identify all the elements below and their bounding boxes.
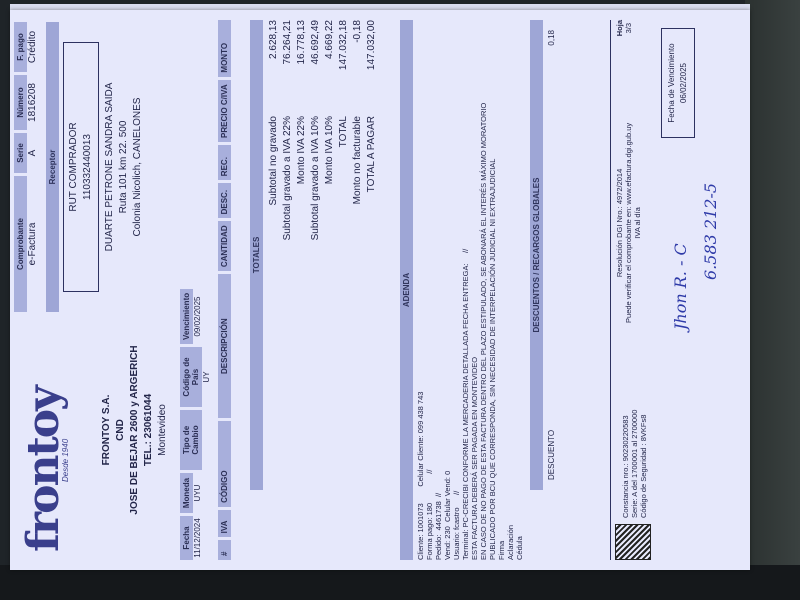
resolucion: Resolución DGI Nro.: 4972/2014 <box>615 42 624 403</box>
info-value: UYU <box>193 473 202 513</box>
constancia: Constancia nro.: 90230220583 <box>621 410 630 518</box>
col-header: REC. <box>218 145 231 180</box>
col-header: DESCRIPCIÓN <box>218 274 231 418</box>
totales-row-label: Monto IVA 10% <box>323 100 337 296</box>
totales-row-label: TOTAL A PAGAR <box>365 100 379 296</box>
emisor-name: FRONTOY S.A. <box>100 330 114 530</box>
totales-row-value: 147.032,00 <box>365 20 379 100</box>
rut-box: RUT COMPRADOR 110332440013 <box>63 42 99 292</box>
totales-row-value: 46.692,49 <box>309 20 323 100</box>
fpago-label: F. pago <box>14 22 27 72</box>
totales-row: Monto IVA 22%16.778,13 <box>295 20 309 490</box>
emisor-address: JOSE DE BEJAR 2600 y ARGERICH <box>128 330 142 530</box>
comprobante-block: Comprobante e-Factura Serie A Número 181… <box>14 22 145 312</box>
totales-label: TOTALES <box>250 20 263 490</box>
background-floor <box>0 565 800 600</box>
info-header: Vencimiento <box>180 289 193 344</box>
totales-row-value: 16.778,13 <box>295 20 309 100</box>
totales-row-value: 2.628,13 <box>267 20 281 100</box>
background-fabric <box>745 0 800 600</box>
brand-logo: frontoy Desde 1940 <box>18 387 70 552</box>
totales-row-label: Monto no facturable <box>351 100 365 296</box>
col-header: IVA <box>218 510 231 537</box>
totales-row-value: 76.264,21 <box>281 20 295 100</box>
receptor-city: Colonia Nicolich, CANELONES <box>131 22 145 312</box>
info-header: Código de País <box>180 347 202 407</box>
totales-row-value: 147.032,18 <box>337 20 351 100</box>
info-header: Fecha <box>180 516 193 560</box>
descuentos-section: DESCUENTOS / RECARGOS GLOBALES DESCUENTO… <box>530 20 560 490</box>
verificar-link: Puede verificar el comprobante en: www.e… <box>624 42 633 403</box>
hoja-value: 3/3 <box>624 20 633 36</box>
handwritten-note: 6.583 212-5 <box>701 183 720 280</box>
info-table: Fecha11/12/2024 MonedaUYU Tipo de Cambio… <box>180 289 211 560</box>
receptor-address: Ruta 101 km 22. 500 <box>117 22 131 312</box>
adenda-line: Aclaración <box>506 20 515 560</box>
rut-value: 110332440013 <box>81 46 95 288</box>
emisor-phone: TEL.: 23061044 <box>142 330 156 530</box>
info-value: 11/12/2024 <box>193 516 202 560</box>
receptor-label: Receptor <box>46 22 59 312</box>
adenda-line: Pedido: 4461738 // <box>434 20 443 560</box>
col-header: # <box>218 540 231 560</box>
adenda-label: ADENDA <box>400 20 413 560</box>
emisor-line2: CND <box>114 330 128 530</box>
totales-row-label: Subtotal gravado a IVA 22% <box>281 100 295 296</box>
vencimiento-box: Fecha de Vencimiento 06/02/2025 <box>661 28 695 138</box>
adenda-line: Vend: 230 Celular Vend: 0 <box>443 20 452 560</box>
descuento-label: DESCUENTO <box>547 430 556 480</box>
info-header: Tipo de Cambio <box>180 410 202 470</box>
col-header: CANTIDAD <box>218 221 231 271</box>
adenda-line: Cliente: 1001073 Celular Cliente: 099 43… <box>416 20 425 560</box>
rut-label: RUT COMPRADOR <box>67 46 81 288</box>
info-value: 09/02/2025 <box>193 289 202 344</box>
adenda-line: Terminal: PC-CRECIBI CONFORME LA MERCADE… <box>461 20 470 560</box>
totales-row-label: Monto IVA 22% <box>295 100 309 296</box>
col-header: MONTO <box>218 20 231 77</box>
handwritten-signature: Jhon R. - C <box>671 243 690 330</box>
qr-code <box>615 524 651 560</box>
descuentos-label: DESCUENTOS / RECARGOS GLOBALES <box>530 20 543 490</box>
totales-row-label: Subtotal gravado a IVA 10% <box>309 100 323 296</box>
totales-row-label: TOTAL <box>337 100 351 296</box>
adenda-line: Usuario: fcastro // <box>452 20 461 560</box>
col-header: DESC. <box>218 183 231 218</box>
vencimiento-label: Fecha de Vencimiento <box>666 33 678 133</box>
codigo-seguridad: Código de Seguridad : 8VKFs8 <box>639 410 648 518</box>
totales-section: TOTALES Subtotal no gravado2.628,13Subto… <box>250 20 379 490</box>
descuento-value: 0,18 <box>547 30 556 46</box>
comprobante-value: e-Factura <box>27 176 38 312</box>
adenda-line: Cédula <box>515 20 524 560</box>
adenda-line: PUBLICADO POR BCU QUE CORRESPONDA, SIN N… <box>488 20 497 560</box>
numero-label: Número <box>14 75 27 130</box>
emisor-block: FRONTOY S.A. CND JOSE DE BEJAR 2600 y AR… <box>100 330 170 530</box>
totales-row: Monto IVA 10%4.669,22 <box>323 20 337 490</box>
receptor-name: DUARTE PETRONE SANDRA SAIDA <box>103 22 117 312</box>
info-header: Moneda <box>180 473 193 513</box>
invoice-paper: frontoy Desde 1940 FRONTOY S.A. CND JOSE… <box>10 10 750 570</box>
col-header: PRECIO C/IVA <box>218 80 231 142</box>
vencimiento-value: 06/02/2025 <box>678 33 690 133</box>
totales-row: Subtotal no gravado2.628,13 <box>267 20 281 490</box>
iva-al-dia: IVA al día <box>633 42 642 403</box>
adenda-line: Forma pago: 180 // <box>425 20 434 560</box>
serie-value: A <box>27 133 38 173</box>
info-value: UY <box>202 347 211 407</box>
serie-label: Serie <box>14 133 27 173</box>
items-table-header: # IVA CÓDIGO DESCRIPCIÓN CANTIDAD DESC. … <box>218 20 231 560</box>
totales-row: TOTAL147.032,18 <box>337 20 351 490</box>
totales-row-label: Subtotal no gravado <box>267 100 281 296</box>
serie-rango: Serie: A del 1700001 al 2700000 <box>630 410 639 518</box>
numero-value: 1816208 <box>27 75 38 130</box>
adenda-line: Firma <box>497 20 506 560</box>
footer-section: Constancia nro.: 90230220583 Serie: A de… <box>610 20 651 560</box>
col-header: CÓDIGO <box>218 421 231 507</box>
adenda-text: Cliente: 1001073 Celular Cliente: 099 43… <box>416 20 524 560</box>
adenda-line: ESTA FACTURA DEBERÁ SER PAGADA EN MONTEV… <box>470 20 479 560</box>
emisor-city: Montevideo <box>156 330 170 530</box>
totales-row: Subtotal gravado a IVA 22%76.264,21 <box>281 20 295 490</box>
comprobante-label: Comprobante <box>14 176 27 312</box>
totales-row-value: -0,18 <box>351 20 365 100</box>
totales-row: Subtotal gravado a IVA 10%46.692,49 <box>309 20 323 490</box>
fpago-value: Crédito <box>27 22 38 72</box>
totales-row-value: 4.669,22 <box>323 20 337 100</box>
adenda-line: EN CASO DE NO PAGO DE ESTA FACTURA DENTR… <box>479 20 488 560</box>
totales-row: Monto no facturable-0,18 <box>351 20 365 490</box>
hoja-label: Hoja <box>615 20 624 36</box>
totales-row: TOTAL A PAGAR147.032,00 <box>365 20 379 490</box>
totales-rows: Subtotal no gravado2.628,13Subtotal grav… <box>267 20 379 490</box>
adenda-section: ADENDA Cliente: 1001073 Celular Cliente:… <box>400 20 524 560</box>
